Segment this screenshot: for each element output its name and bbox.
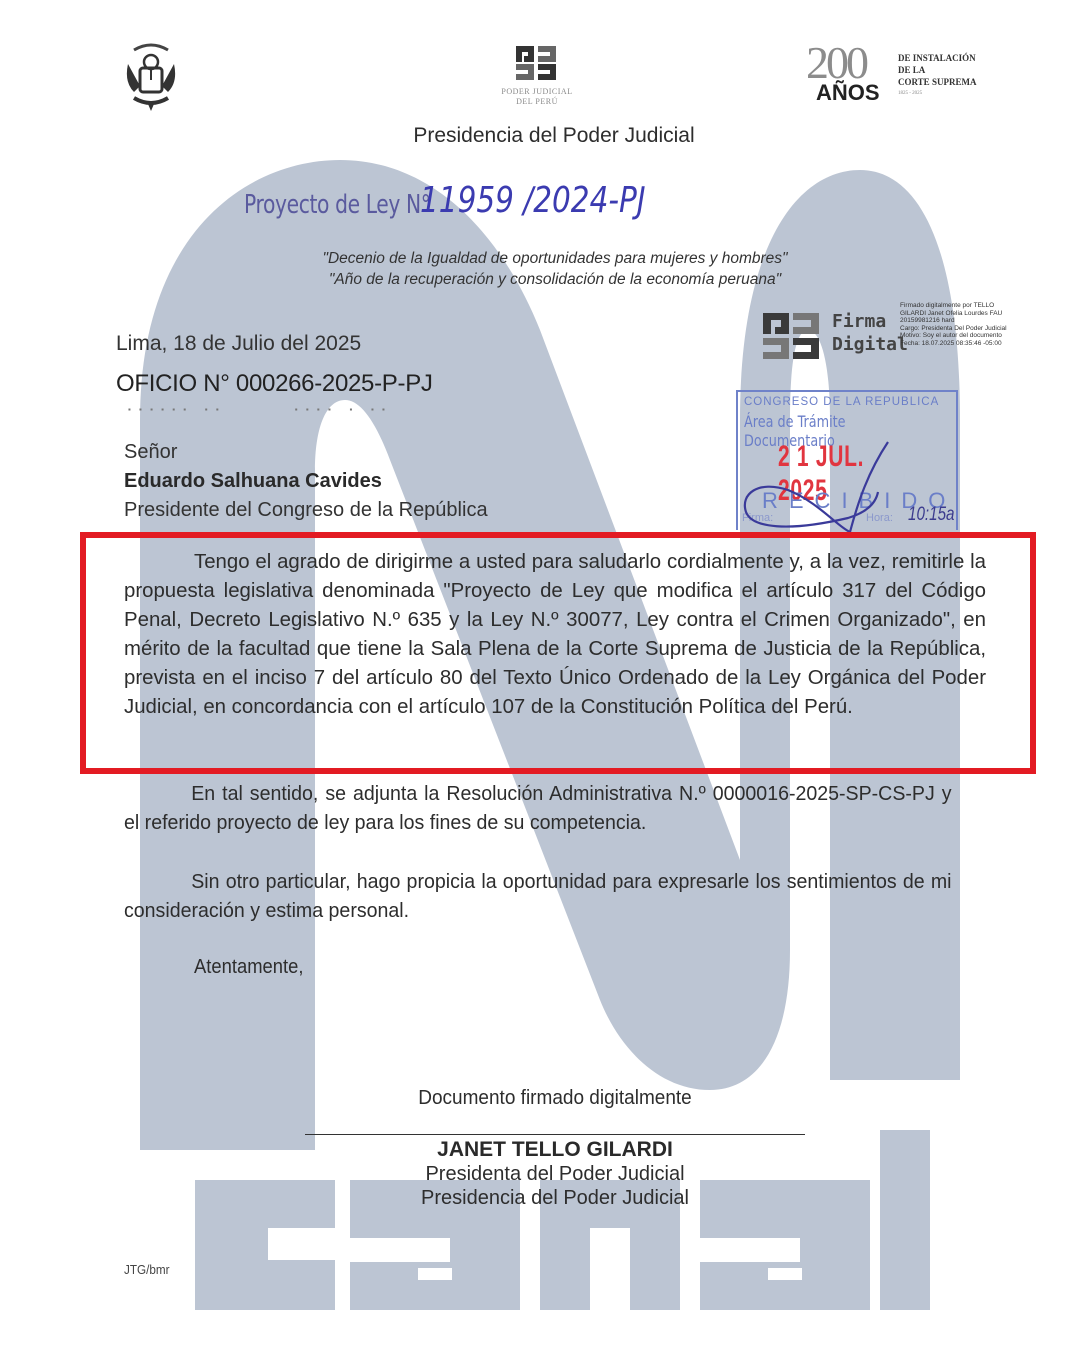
digital-label: Digital — [832, 333, 908, 356]
congress-reception-stamp: CONGRESO DE LA REPUBLICA Área de Trámite… — [736, 390, 958, 530]
pj-digital-signature-icon — [762, 312, 820, 360]
pj-logo-line2: DEL PERÚ — [492, 97, 582, 107]
signature-meta-line: 20159981216 hard — [900, 317, 1007, 325]
bicentennial-line2: DE LA — [898, 64, 976, 76]
signer-name: JANET TELLO GILARDI — [0, 1138, 1080, 1162]
digital-signature-metadata: Firmado digitalmente por TELLO GILARDI J… — [900, 302, 1007, 348]
reference-underline-dots: ▪ ▪ ▪ ▪ ▪ ▪ ▪ ▪ ▪ ▪ ▪ ▪ ▪ ▪ ▪ — [128, 405, 388, 414]
motto-decade: "Decenio de la Igualdad de oportunidades… — [0, 248, 1080, 269]
digitally-signed-note: Documento firmado digitalmente — [28, 1087, 1080, 1110]
office-heading: Presidencia del Poder Judicial — [0, 124, 1080, 148]
digital-signature-label: Firma Digital — [832, 310, 908, 356]
bicentennial-years: 1825 - 2025 — [898, 88, 976, 100]
official-mottos: "Decenio de la Igualdad de oportunidades… — [0, 248, 1080, 290]
peru-coat-of-arms-icon — [120, 42, 182, 112]
handwritten-signature-icon — [738, 432, 968, 542]
stamp-institution: CONGRESO DE LA REPUBLICA — [744, 396, 939, 408]
recipient-name: Eduardo Salhuana Cavides — [124, 470, 382, 492]
bill-number-label: Proyecto de Ley N° — [244, 190, 431, 220]
bicentennial-logo: 200 AÑOS DE INSTALACIÓN DE LA CORTE SUPR… — [806, 42, 996, 104]
signature-meta-line: Cargo: Presidenta Del Poder Judicial — [900, 325, 1007, 333]
bicentennial-line3: CORTE SUPREMA — [898, 76, 976, 88]
poder-judicial-logo: PODER JUDICIAL DEL PERÚ — [492, 44, 582, 107]
closing-paragraph: Sin otro particular, hago propicia la op… — [124, 868, 952, 926]
bill-number-handwritten: 11959 /2024-PJ — [420, 180, 646, 221]
signature-meta-line: Motivo: Soy el autor del documento — [900, 332, 1007, 340]
attachment-paragraph-text: En tal sentido, se adjunta la Resolución… — [124, 783, 952, 834]
signature-meta-line: Firmado digitalmente por TELLO — [900, 302, 1007, 310]
recipient-block: Señor Eduardo Salhuana Cavides President… — [124, 438, 488, 525]
reference-initials: JTG/bmr — [124, 1262, 170, 1277]
oficio-reference: OFICIO N° 000266-2025-P-PJ — [116, 370, 433, 398]
pj-logo-icon — [514, 44, 560, 82]
salutation: Señor — [124, 438, 488, 467]
highlight-box — [80, 532, 1036, 774]
signer-title: Presidenta del Poder Judicial — [0, 1163, 1080, 1186]
pj-logo-line1: PODER JUDICIAL — [492, 87, 582, 97]
closing-paragraph-text: Sin otro particular, hago propicia la op… — [124, 871, 952, 922]
recipient-title: Presidente del Congreso de la República — [124, 496, 488, 525]
bicentennial-line1: DE INSTALACIÓN — [898, 52, 976, 64]
closing-salutation: Atentamente, — [194, 956, 303, 979]
signature-meta-line: Fecha: 18.07.2025 08:35:46 -05:00 — [900, 340, 1007, 348]
firma-label: Firma — [832, 310, 908, 333]
bicentennial-text: DE INSTALACIÓN DE LA CORTE SUPREMA 1825 … — [898, 52, 976, 100]
motto-year: "Año de la recuperación y consolidación … — [0, 269, 1080, 290]
place-date: Lima, 18 de Julio del 2025 — [116, 332, 361, 356]
digital-signature-block: Firma Digital Firmado digitalmente por T… — [762, 308, 1067, 364]
bicentennial-word: AÑOS — [816, 80, 880, 106]
signature-meta-line: GILARDI Janet Ofelia Lourdes FAU — [900, 310, 1007, 318]
signature-line — [305, 1134, 805, 1135]
attachment-paragraph: En tal sentido, se adjunta la Resolución… — [124, 780, 952, 838]
signer-office: Presidencia del Poder Judicial — [0, 1187, 1080, 1210]
